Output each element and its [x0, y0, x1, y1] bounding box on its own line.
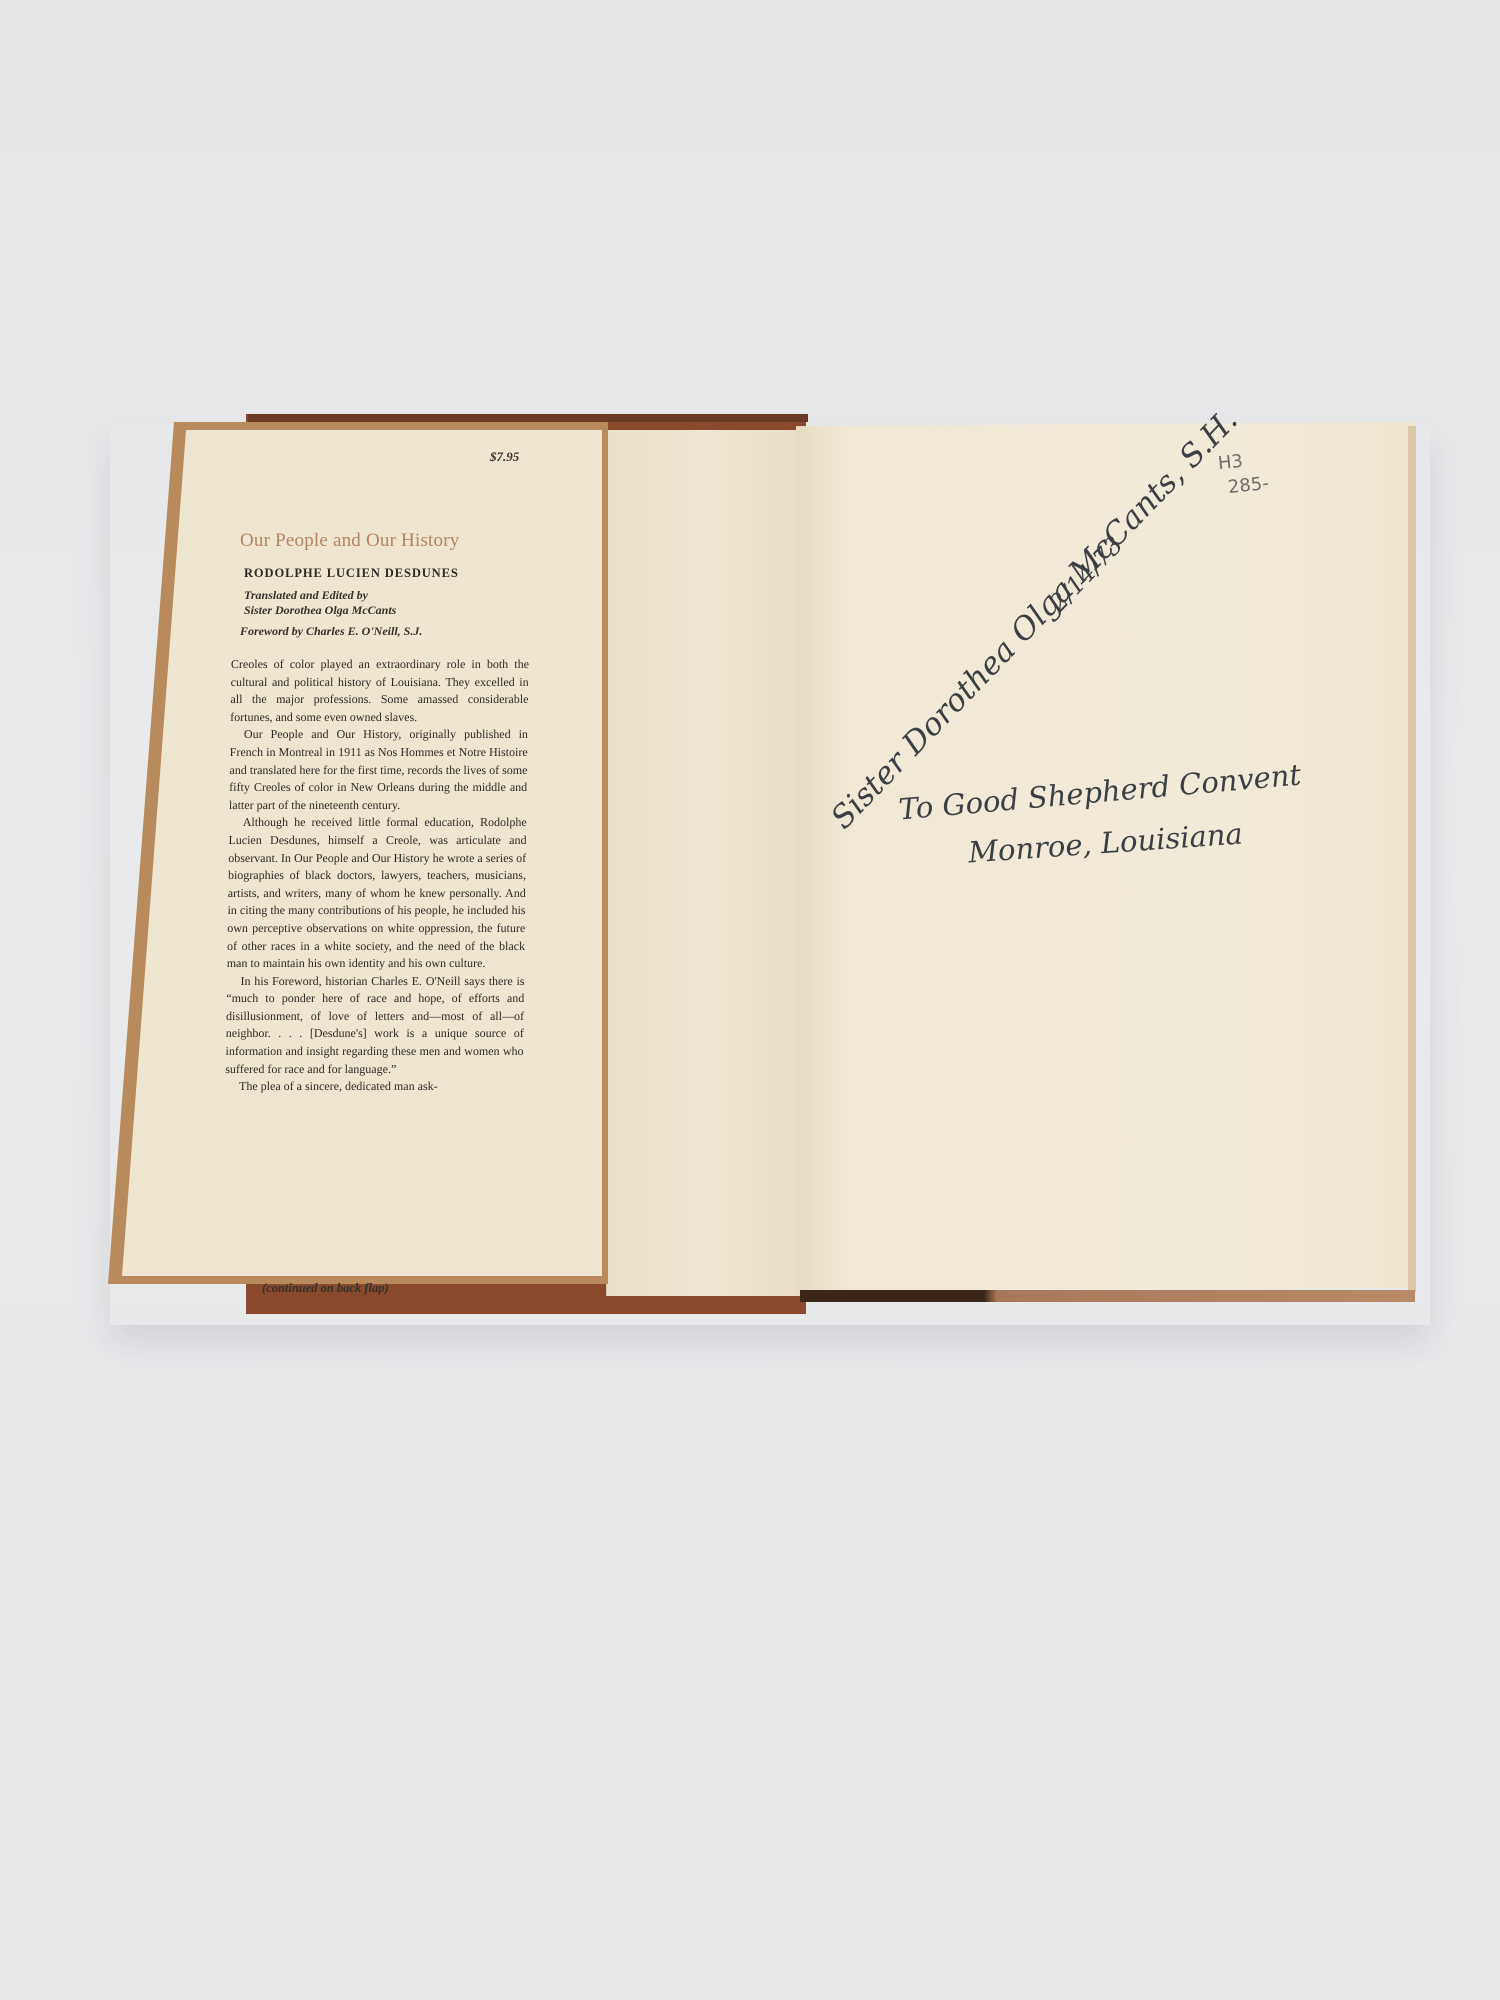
pencil-price: 285- — [1227, 474, 1270, 498]
translator-credit: Translated and Edited by Sister Dorothea… — [244, 588, 396, 618]
translator-line-2: Sister Dorothea Olga McCants — [244, 603, 396, 618]
blurb-paragraph: The plea of a sincere, dedicated man ask… — [225, 1078, 523, 1096]
blurb-paragraph: Our People and Our History, originally p… — [229, 726, 528, 814]
front-board-bottom-edge — [800, 1290, 1415, 1302]
book-photo: $7.95 Our People and Our History RODOLPH… — [0, 0, 1500, 2000]
book-title: Our People and Our History — [240, 530, 459, 552]
foreword-credit: Foreword by Charles E. O'Neill, S.J. — [240, 624, 422, 639]
translator-line-1: Translated and Edited by — [244, 588, 396, 603]
jacket-price: $7.95 — [490, 449, 519, 465]
jacket-gutter-panel — [606, 430, 809, 1296]
blurb-paragraph: Creoles of color played an extraordinary… — [230, 656, 529, 726]
blurb-paragraph: In his Foreword, historian Charles E. O'… — [225, 973, 524, 1079]
book-author: RODOLPHE LUCIEN DESDUNES — [244, 566, 459, 581]
blurb-paragraph: Although he received little formal educa… — [227, 814, 527, 972]
board-top-edge — [248, 414, 808, 422]
pencil-code: H3 — [1217, 452, 1244, 475]
page-fore-edge — [1408, 426, 1416, 1292]
jacket-blurb: Creoles of color played an extraordinary… — [225, 656, 529, 1096]
continued-note: (continued on back flap) — [262, 1281, 389, 1296]
